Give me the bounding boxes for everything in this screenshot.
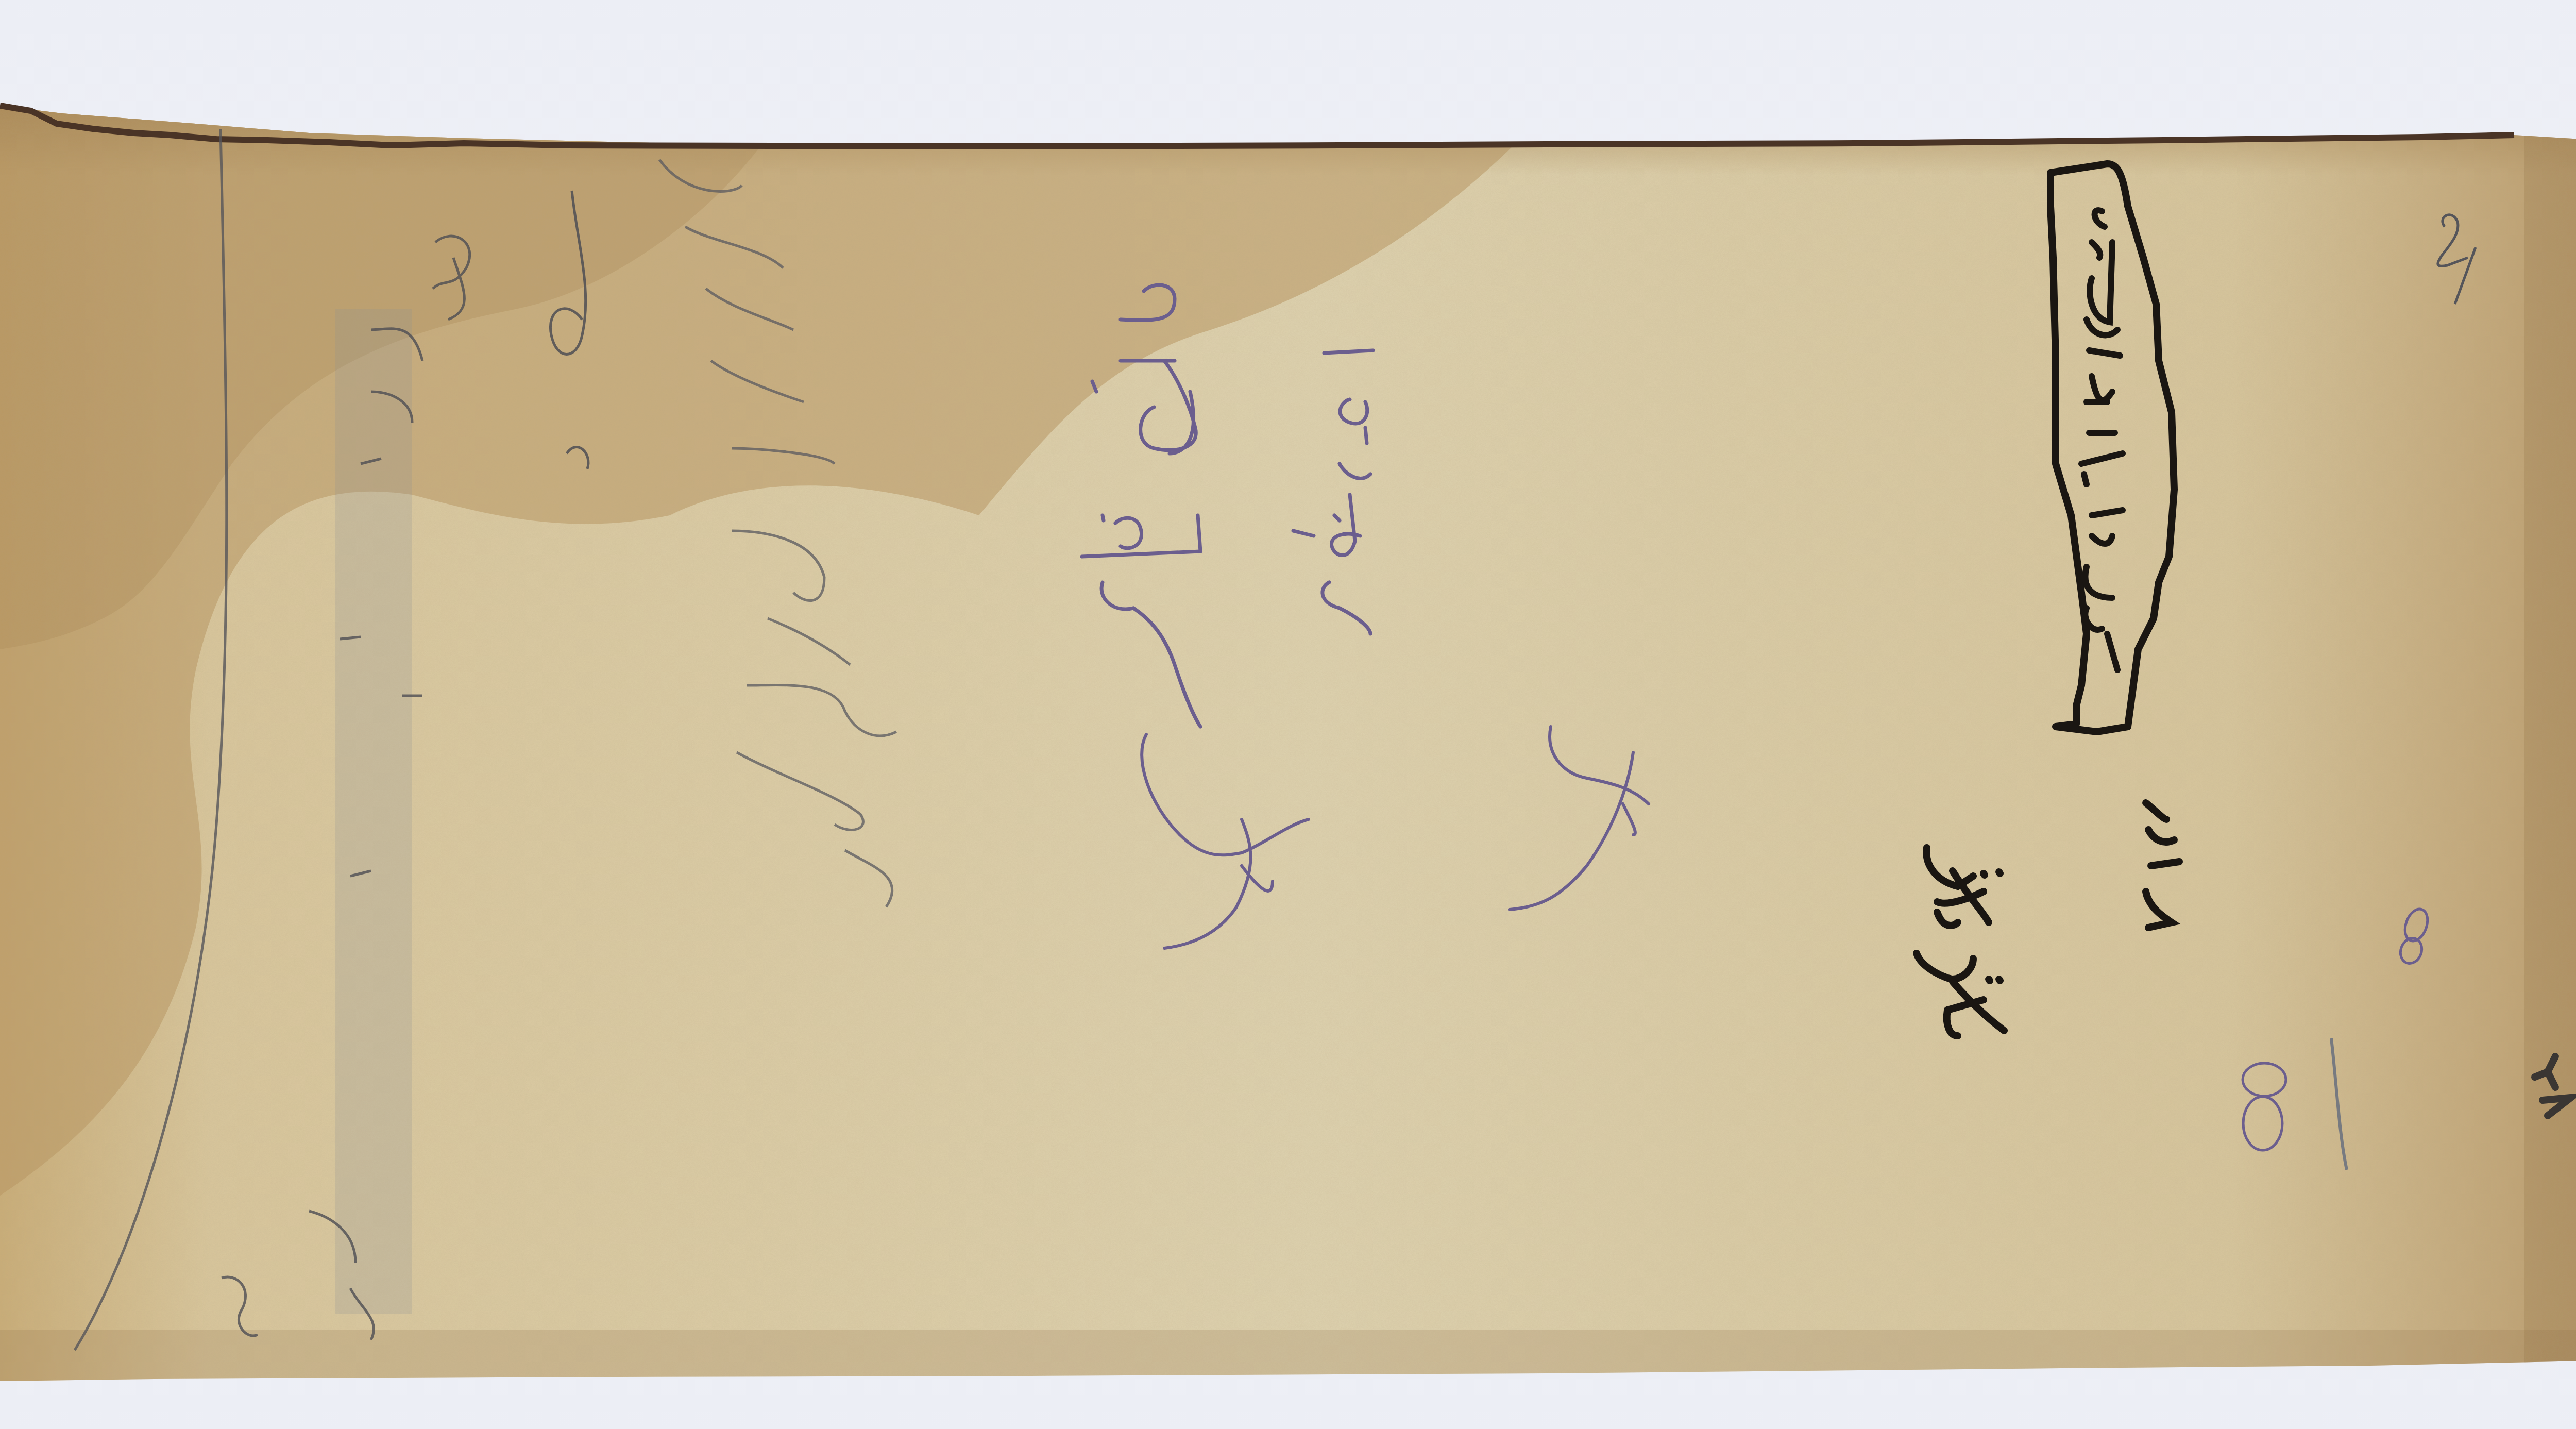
- manuscript-page: [0, 0, 2576, 1429]
- paper-leaf: [0, 103, 2576, 1381]
